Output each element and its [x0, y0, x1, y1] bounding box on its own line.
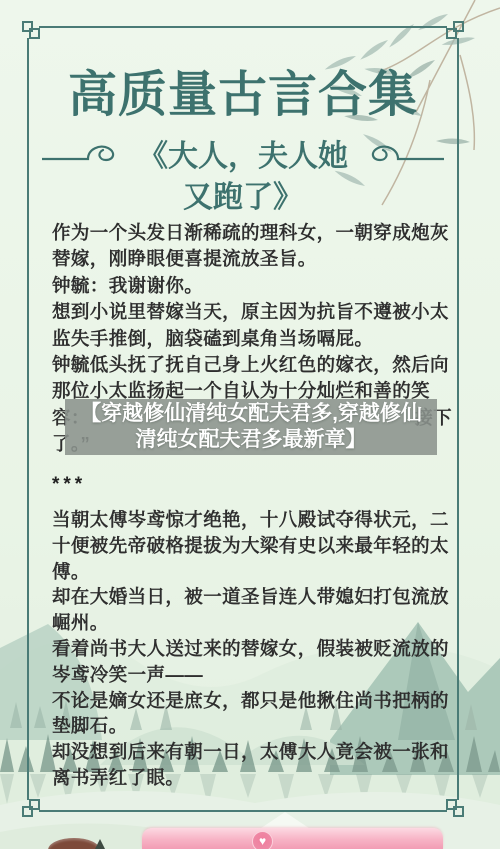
story-line: 却在大婚当日，被一道圣旨连人带媳妇打包流放 — [52, 584, 452, 610]
right-flourish-icon — [352, 140, 444, 166]
story-line: 钟毓：我谢谢你。 — [52, 273, 452, 299]
watermark-line2: 清纯女配夫君多最新章】 — [65, 427, 437, 453]
tiny-pine-icon — [95, 839, 105, 849]
story-line: 崛州。 — [52, 610, 452, 636]
bottom-action-bar[interactable]: ♥ — [142, 828, 443, 849]
story-line: 作为一个头发日渐稀疏的理科女，一朝穿成炮灰 — [52, 220, 452, 246]
story-line: 想到小说里替嫁当天，原主因为抗旨不遵被小太 — [52, 299, 452, 325]
page-title: 高质量古言合集 — [28, 70, 458, 121]
book-title-line1: 《大人，夫人她 — [138, 131, 348, 175]
story-line: 监失手推倒，脑袋磕到桌角当场嗝屁。 — [52, 326, 452, 352]
story-line: 垫脚石。 — [52, 713, 452, 739]
story-line: 岑鸢冷笑一声—— — [52, 662, 452, 688]
heart-icon: ♥ — [259, 835, 266, 847]
book-title-block: 《大人，夫人她 又跑了》 — [28, 136, 458, 206]
left-flourish-icon — [42, 140, 134, 166]
story-paragraphs-bottom: 当朝太傅岑鸢惊才绝艳，十八殿试夺得状元，二 十便被先帝破格提拔为大梁有史以来最年… — [52, 507, 452, 791]
cropped-illustration-fragment — [48, 838, 100, 849]
story-line: 傅。 — [52, 559, 452, 585]
story-line: 离书弄红了眼。 — [52, 765, 452, 791]
story-line: 替嫁，刚睁眼便喜提流放圣旨。 — [52, 246, 452, 272]
story-line: 钟毓低头抚了抚自己身上火红色的嫁衣，然后向 — [52, 352, 452, 378]
book-title-line2: 又跑了》 — [28, 172, 458, 206]
like-button[interactable]: ♥ — [252, 831, 273, 849]
novel-promo-page: 高质量古言合集 《大人，夫人她 又跑了》 作为一个头发日渐稀疏的理科女，一朝穿成… — [0, 0, 500, 849]
story-line: 十便被先帝破格提拔为大梁有史以来最年轻的太 — [52, 533, 452, 559]
section-separator: *** — [52, 474, 86, 496]
story-line: 当朝太傅岑鸢惊才绝艳，十八殿试夺得状元，二 — [52, 507, 452, 533]
story-line: 看着尚书大人送过来的替嫁女，假装被贬流放的 — [52, 636, 452, 662]
story-line: 不论是嫡女还是庶女，都只是他揪住尚书把柄的 — [52, 688, 452, 714]
watermark-overlay: 【穿越修仙清纯女配夫君多,穿越修仙 清纯女配夫君多最新章】 — [65, 399, 437, 455]
story-line: 却没想到后来有朝一日，太傅大人竟会被一张和 — [52, 739, 452, 765]
watermark-line1: 【穿越修仙清纯女配夫君多,穿越修仙 — [65, 401, 437, 427]
